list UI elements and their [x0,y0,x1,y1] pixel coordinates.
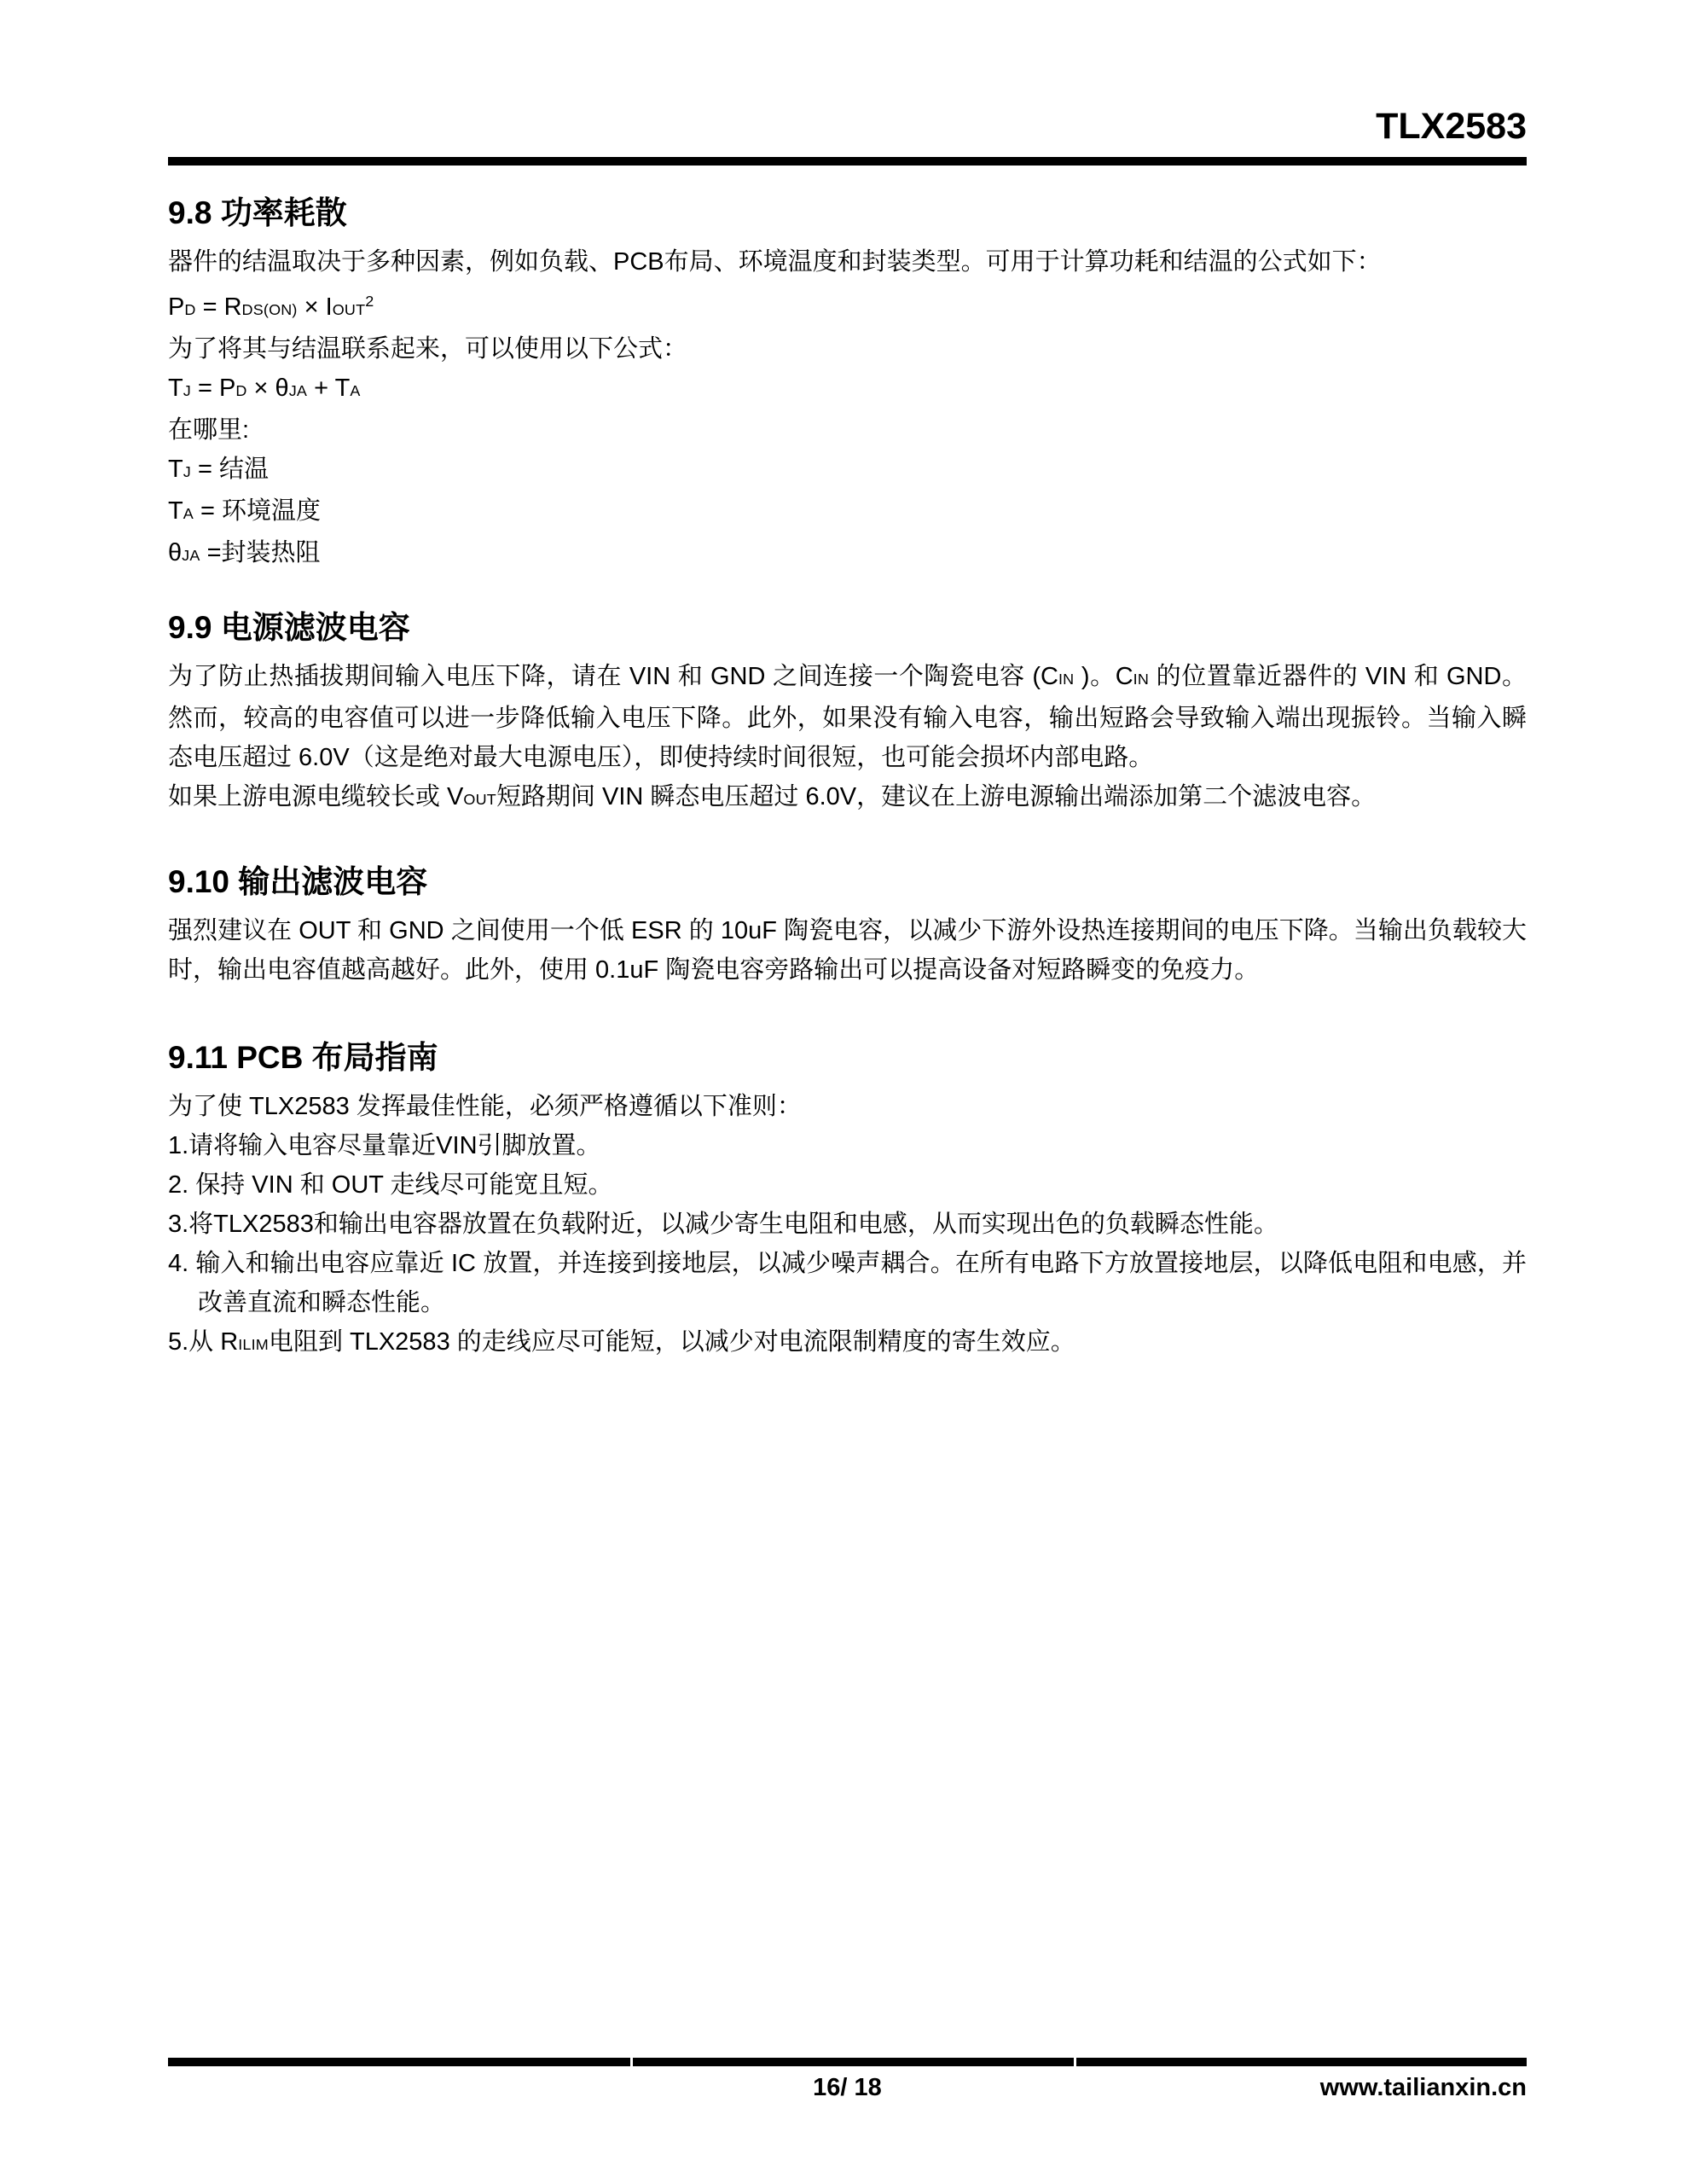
section-pcb-layout-guide: 9.11 PCB 布局指南 为了使 TLX2583 发挥最佳性能，必须严格遵循以… [168,1039,1527,1364]
pcb-guide-item-5: 5.从 RILIM电阻到 TLX2583 的走线应尽可能短，以减少对电流限制精度… [168,1322,1527,1364]
definition-ta: TA = 环境温度 [168,491,1527,533]
footer-rule-segment [1076,2058,1527,2066]
where-label: 在哪里: [168,410,1527,450]
footer-rule-segment [633,2058,1075,2066]
pcb-guide-intro: 为了使 TLX2583 发挥最佳性能，必须严格遵循以下准则： [168,1087,1527,1126]
section-output-filter-capacitor: 9.10 输出滤波电容 强烈建议在 OUT 和 GND 之间使用一个低 ESR … [168,863,1527,990]
definition-tj: TJ = 结温 [168,450,1527,491]
pcb-guide-item-4: 4. 输入和输出电容应靠近 IC 放置，并连接到接地层，以减少噪声耦合。在所有电… [168,1244,1527,1322]
paragraph-relate-junction: 为了将其与结温联系起来，可以使用以下公式： [168,329,1527,369]
paragraph-output-capacitor: 强烈建议在 OUT 和 GND 之间使用一个低 ESR 的 10uF 陶瓷电容，… [168,911,1527,990]
pcb-guide-item-2: 2. 保持 VIN 和 OUT 走线尽可能宽且短。 [168,1165,1527,1205]
section-input-filter-capacitor: 9.9 电源滤波电容 为了防止热插拔期间输入电压下降，请在 VIN 和 GND … [168,609,1527,819]
pcb-guide-item-3: 3.将TLX2583和输出电容器放置在负载附近，以减少寄生电阻和电感，从而实现出… [168,1205,1527,1244]
section-heading-9-11: 9.11 PCB 布局指南 [168,1039,1527,1077]
pcb-guide-item-1: 1.请将输入电容尽量靠近VIN引脚放置。 [168,1126,1527,1165]
formula-power-dissipation: PD = RDS(ON) × IOUT2 [168,282,1527,329]
page-footer: 16/ 18 www.tailianxin.cn [168,2058,1527,2108]
page-content: TLX2583 9.8 功率耗散 器件的结温取决于多种因素，例如负载、PCB布局… [0,0,1687,1364]
document-page: TLX2583 9.8 功率耗散 器件的结温取决于多种因素，例如负载、PCB布局… [0,0,1687,2184]
document-title: TLX2583 [168,106,1527,147]
definition-theta-ja: θJA =封装热阻 [168,533,1527,575]
footer-rule [168,2058,1527,2066]
website-url: www.tailianxin.cn [1320,2071,1527,2105]
section-power-dissipation: 9.8 功率耗散 器件的结温取决于多种因素，例如负载、PCB布局、环境温度和封装… [168,195,1527,575]
section-heading-9-10: 9.10 输出滤波电容 [168,863,1527,901]
footer-row: 16/ 18 www.tailianxin.cn [168,2071,1527,2108]
section-heading-9-8: 9.8 功率耗散 [168,195,1527,232]
paragraph-second-filter-capacitor: 如果上游电源电缆较长或 VOUT短路期间 VIN 瞬态电压超过 6.0V，建议在… [168,777,1527,819]
formula-junction-temp: TJ = PD × θJA + TA [168,369,1527,410]
header-rule [168,157,1527,166]
paragraph-input-capacitor: 为了防止热插拔期间输入电压下降，请在 VIN 和 GND 之间连接一个陶瓷电容 … [168,657,1527,777]
paragraph-junction-temp: 器件的结温取决于多种因素，例如负载、PCB布局、环境温度和封装类型。可用于计算功… [168,242,1527,282]
section-heading-9-9: 9.9 电源滤波电容 [168,609,1527,647]
footer-rule-segment [168,2058,630,2066]
